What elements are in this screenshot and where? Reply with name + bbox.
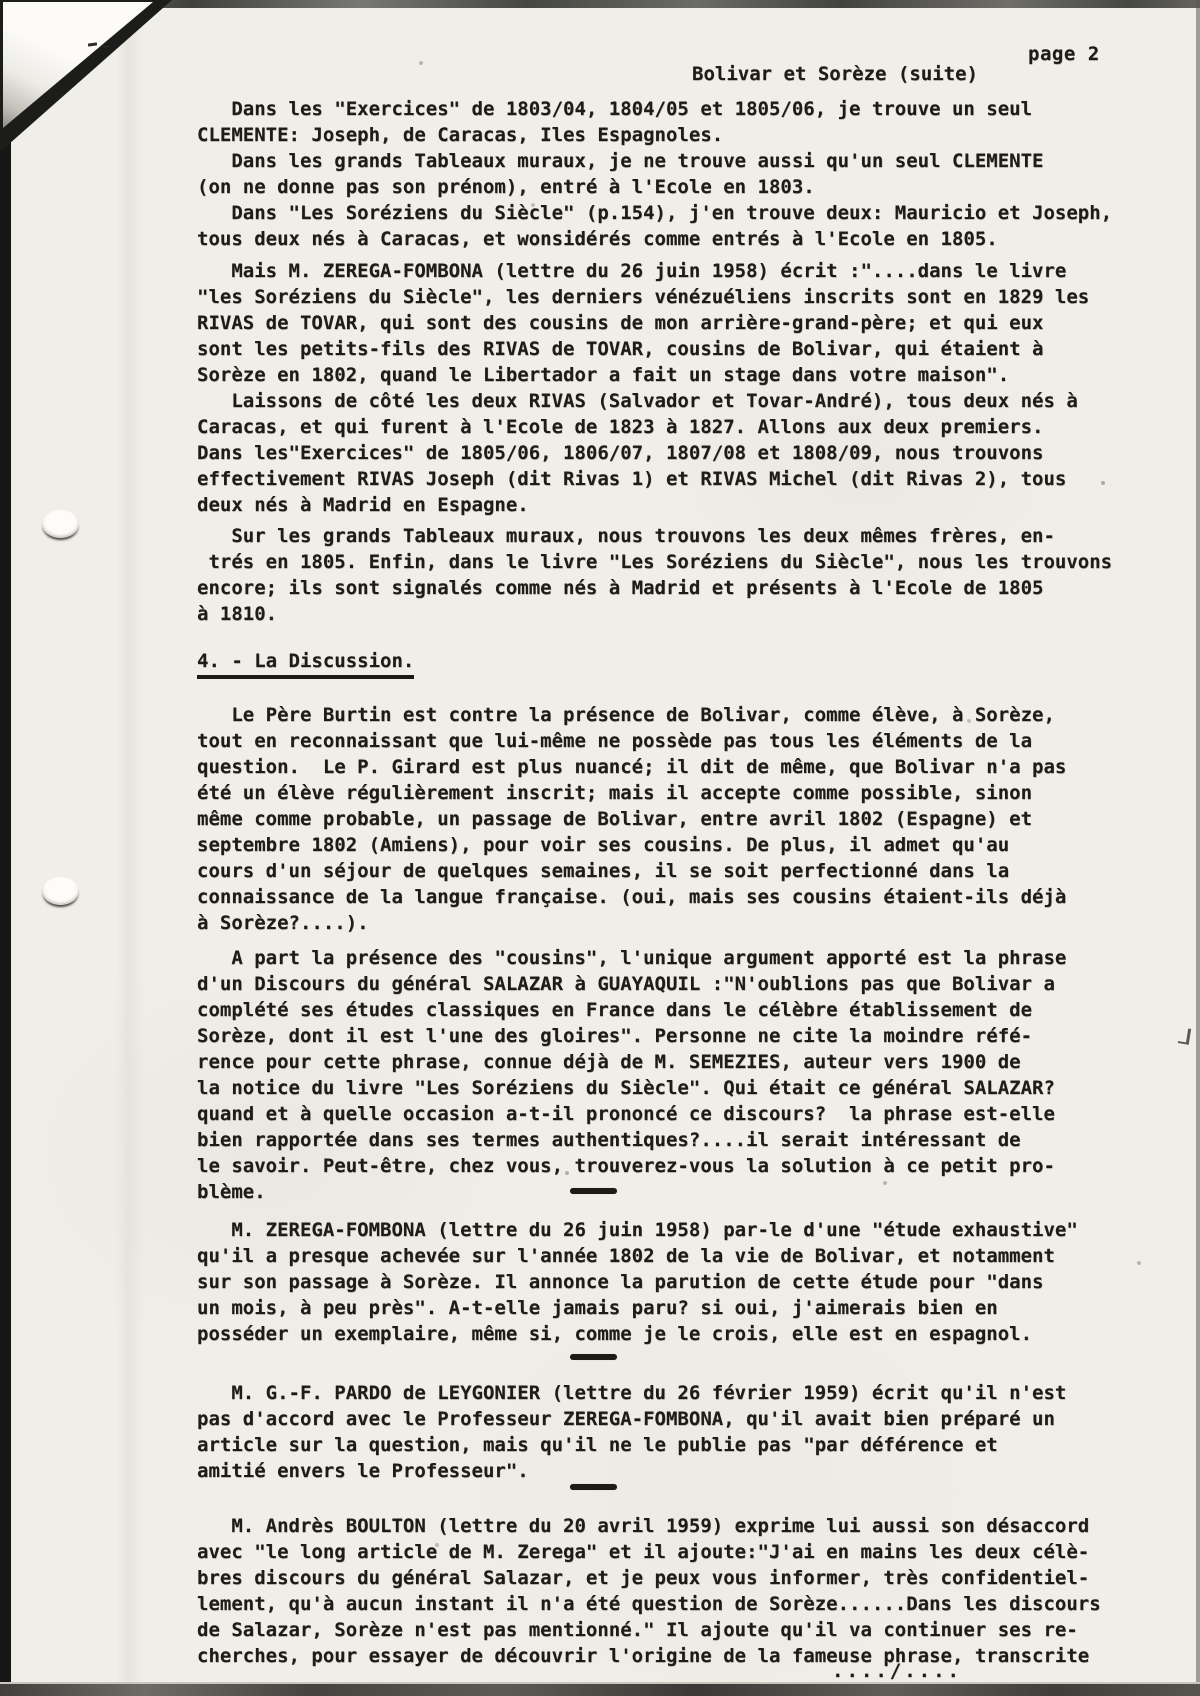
paragraph: A part la présence des "cousins", l'uniq… [197,945,1147,1205]
text-line: un mois, à peu près". A-t-elle jamais pa… [197,1295,1147,1321]
text-line: Dans les"Exercices" de 1805/06, 1806/07,… [197,440,1147,466]
paragraph: Laissons de côté les deux RIVAS (Salvado… [197,388,1147,518]
paragraph: M. ZEREGA-FOMBONA (lettre du 26 juin 195… [197,1217,1147,1347]
text-line: Sur les grands Tableaux muraux, nous tro… [197,523,1147,549]
continuation-mark: ..../.... [832,1658,962,1684]
paragraph: M. Andrès BOULTON (lettre du 20 avril 19… [197,1513,1147,1669]
text-line: qu'il a presque achevée sur l'année 1802… [197,1243,1147,1269]
margin-mark [1178,1027,1191,1045]
text-line: tout en reconnaissant que lui-même ne po… [197,728,1147,754]
text-line: Sorèze en 1802, quand le Libertador a fa… [197,362,1147,388]
text-line: le savoir. Peut-être, chez vous, trouver… [197,1153,1147,1179]
section-heading: 4. - La Discussion. [197,648,1147,679]
text-line: M. ZEREGA-FOMBONA (lettre du 26 juin 195… [197,1217,1147,1243]
document-title: Bolivar et Sorèze (suite) [692,63,978,85]
text-line: Le Père Burtin est contre la présence de… [197,702,1147,728]
section-separator-dash [570,1354,617,1360]
text-line: "les Soréziens du Siècle", les derniers … [197,284,1147,310]
text-line: Laissons de côté les deux RIVAS (Salvado… [197,388,1147,414]
text-line: Dans "Les Soréziens du Siècle" (p.154), … [197,200,1147,226]
paragraph: Sur les grands Tableaux muraux, nous tro… [197,523,1147,627]
page-number-label: page 2 [1028,43,1100,65]
text-line: d'un Discours du général SALAZAR à GUAYA… [197,971,1147,997]
scan-top-edge [0,0,1200,8]
text-line: article sur la question, mais qu'il ne l… [197,1432,1147,1458]
text-line: cours d'un séjour de quelques semaines, … [197,858,1147,884]
text-line: été un élève régulièrement inscrit; mais… [197,780,1147,806]
text-line: la notice du livre "Les Soréziens du Siè… [197,1075,1147,1101]
text-line: A part la présence des "cousins", l'uniq… [197,945,1147,971]
scan-noise-specks [0,0,2,2]
scan-right-edge [1196,0,1200,1696]
text-line: de Salazar, Sorèze n'est pas mentionné."… [197,1617,1147,1643]
section-separator-dash [570,1188,617,1194]
text-line: posséder un exemplaire, même si, comme j… [197,1321,1147,1347]
text-line: cherches, pour essayer de découvrir l'or… [197,1643,1147,1669]
text-line: rence pour cette phrase, connue déjà de … [197,1049,1147,1075]
section-heading-text: 4. - La Discussion. [197,648,414,679]
paragraph: Dans "Les Soréziens du Siècle" (p.154), … [197,200,1147,252]
text-line: Dans les grands Tableaux muraux, je ne t… [197,148,1147,174]
paragraph: Le Père Burtin est contre la présence de… [197,702,1147,936]
text-line: quand et à quelle occasion a-t-il pronon… [197,1101,1147,1127]
text-line: septembre 1802 (Amiens), pour voir ses c… [197,832,1147,858]
text-line: avec "le long article de M. Zerega" et i… [197,1539,1147,1565]
text-line: Caracas, et qui furent à l'Ecole de 1823… [197,414,1147,440]
text-line: pas d'accord avec le Professeur ZEREGA-F… [197,1406,1147,1432]
text-line: complété ses études classiques en France… [197,997,1147,1023]
text-line: amitié envers le Professeur". [197,1458,1147,1484]
text-line: même comme probable, un passage de Boliv… [197,806,1147,832]
punch-hole-bottom [42,877,79,905]
folded-page-corner [3,2,153,128]
paragraph: Mais M. ZEREGA-FOMBONA (lettre du 26 jui… [197,258,1147,388]
text-line: à Sorèze?....). [197,910,1147,936]
text-line: (on ne donne pas son prénom), entré à l'… [197,174,1147,200]
text-line: deux nés à Madrid en Espagne. [197,492,1147,518]
text-line: bres discours du général Salazar, et je … [197,1565,1147,1591]
text-line: sont les petits-fils des RIVAS de TOVAR,… [197,336,1147,362]
text-line: Mais M. ZEREGA-FOMBONA (lettre du 26 jui… [197,258,1147,284]
paragraph: M. G.-F. PARDO de LEYGONIER (lettre du 2… [197,1380,1147,1484]
scan-bottom-edge [0,1682,1200,1696]
text-line: trés en 1805. Enfin, dans le livre "Les … [197,549,1147,575]
text-line: bien rapportée dans ses termes authentiq… [197,1127,1147,1153]
text-line: sur son passage à Sorèze. Il annonce la … [197,1269,1147,1295]
text-line: M. Andrès BOULTON (lettre du 20 avril 19… [197,1513,1147,1539]
text-line: blème. [197,1179,1147,1205]
text-line: tous deux nés à Caracas, et wonsidérés c… [197,226,1147,252]
text-line: Sorèze, dont il est l'une des gloires". … [197,1023,1147,1049]
text-line: Dans les "Exercices" de 1803/04, 1804/05… [197,96,1147,122]
text-line: connaissance de la langue française. (ou… [197,884,1147,910]
section-separator-dash [570,1484,617,1490]
text-line: RIVAS de TOVAR, qui sont des cousins de … [197,310,1147,336]
paragraph: Dans les "Exercices" de 1803/04, 1804/05… [197,96,1147,148]
text-line: question. Le P. Girard est plus nuancé; … [197,754,1147,780]
text-line: encore; ils sont signalés comme nés à Ma… [197,575,1147,601]
text-line: effectivement RIVAS Joseph (dit Rivas 1)… [197,466,1147,492]
punch-hole-top [42,510,79,538]
scanned-document-page: { "header": { "page_label": "page 2", "t… [0,0,1200,1696]
text-line: lement, qu'à aucun instant il n'a été qu… [197,1591,1147,1617]
text-line: M. G.-F. PARDO de LEYGONIER (lettre du 2… [197,1380,1147,1406]
text-line: à 1810. [197,601,1147,627]
text-line: CLEMENTE: Joseph, de Caracas, Iles Espag… [197,122,1147,148]
document-body: ..../.... Dans les "Exercices" de 1803/0… [197,96,1147,1669]
paragraph: Dans les grands Tableaux muraux, je ne t… [197,148,1147,200]
scan-left-edge [0,0,11,1696]
